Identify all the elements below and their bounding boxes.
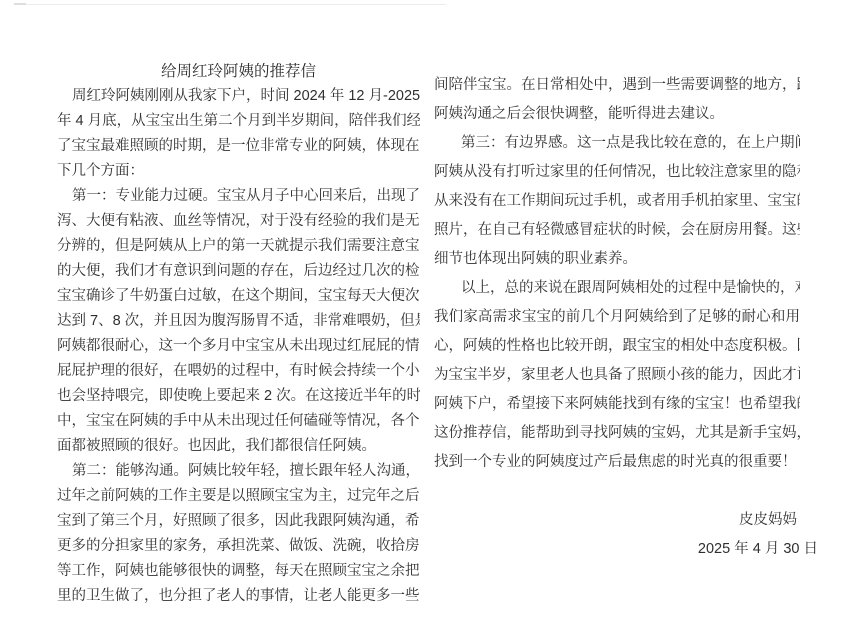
text-line: 我们家高需求宝宝的前几个月阿姨给到了足够的耐心和用 xyxy=(434,303,800,332)
text-line: 阿姨沟通之后会很快调整，能听得进去建议。 xyxy=(434,100,800,129)
text-line: 过年之前阿姨的工作主要是以照顾宝宝为主，过完年之后宝 xyxy=(57,484,420,509)
text-line: 找到一个专业的阿姨度过产后最焦虑的时光真的很重要！ xyxy=(434,448,800,477)
text-line: 周红玲阿姨刚刚从我家下户，时间 2024 年 12 月-2025 xyxy=(57,84,420,109)
text-line: 阿姨都很耐心，这一个多月中宝宝从未出现过红屁屁的情况， xyxy=(57,334,420,359)
document-page: 给周红玲阿姨的推荐信周红玲阿姨刚刚从我家下户，时间 2024 年 12 月-20… xyxy=(0,0,854,640)
text-line: 达到 7、8 次，并且因为腹泻肠胃不适，非常难喂奶，但是 xyxy=(57,309,420,334)
text-line: 的大便，我们才有意识到问题的存在，后边经过几次的检查， xyxy=(57,259,420,284)
text-line: 中，宝宝在阿姨的手中从未出现过任何磕碰等情况，各个方 xyxy=(57,409,420,434)
text-line: 年 4 月底，从宝宝出生第二个月到半岁期间，陪伴我们经历 xyxy=(57,109,420,134)
text-line: 面都被照顾的很好。也因此，我们都很信任阿姨。 xyxy=(57,434,420,459)
text-line: 阿姨下户，希望接下来阿姨能找到有缘的宝宝！也希望我的 xyxy=(434,390,800,419)
signature-name: 皮皮妈妈 xyxy=(434,506,818,535)
text-line: 宝到了第三个月，好照顾了很多，因此我跟阿姨沟通，希望 xyxy=(57,509,420,534)
text-line: 阿姨从没有打听过家里的任何情况，也比较注意家里的隐私， xyxy=(434,158,800,187)
text-line: 宝宝确诊了牛奶蛋白过敏，在这个期间，宝宝每天大便次数 xyxy=(57,284,420,309)
text-line: 了宝宝最难照顾的时期，是一位非常专业的阿姨，体现在以 xyxy=(57,134,420,159)
text-line: 为宝宝半岁，家里老人也具备了照顾小孩的能力，因此才让 xyxy=(434,361,800,390)
text-line: 等工作，阿姨也能够很快的调整，每天在照顾宝宝之余把家 xyxy=(57,559,420,584)
text-line: 分辨的，但是阿姨从上户的第一天就提示我们需要注意宝宝 xyxy=(57,234,420,259)
text-line: 从来没有在工作期间玩过手机，或者用手机拍家里、宝宝的 xyxy=(434,187,800,216)
text-line: 屁屁护理的很好，在喂奶的过程中，有时候会持续一个小时， xyxy=(57,359,420,384)
text-line: 也会坚持喂完，即使晚上要起来 2 次。在这接近半年的时间 xyxy=(57,384,420,409)
page-top-edge-tick xyxy=(14,3,26,5)
text-line: 更多的分担家里的家务，承担洗菜、做饭、洗碗，收拾房间 xyxy=(57,534,420,559)
left-column: 给周红玲阿姨的推荐信周红玲阿姨刚刚从我家下户，时间 2024 年 12 月-20… xyxy=(57,59,420,609)
text-line: 这份推荐信，能帮助到寻找阿姨的宝妈，尤其是新手宝妈， xyxy=(434,419,800,448)
right-column: 间陪伴宝宝。在日常相处中，遇到一些需要调整的地方，跟阿姨沟通之后会很快调整，能听… xyxy=(434,71,800,564)
text-line: 下几个方面： xyxy=(57,159,420,184)
document-title: 给周红玲阿姨的推荐信 xyxy=(57,59,420,84)
page-top-edge xyxy=(14,4,446,5)
text-line: 第二：能够沟通。阿姨比较年轻，擅长跟年轻人沟通，在 xyxy=(57,459,420,484)
text-line: 里的卫生做了，也分担了老人的事情，让老人能更多一些时 xyxy=(57,584,420,609)
text-line: 细节也体现出阿姨的职业素养。 xyxy=(434,245,800,274)
text-line: 泻、大便有粘液、血丝等情况，对于没有经验的我们是无法 xyxy=(57,209,420,234)
text-line: 第三：有边界感。这一点是我比较在意的，在上户期间， xyxy=(434,129,800,158)
text-line xyxy=(434,477,800,506)
text-line: 以上，总的来说在跟周阿姨相处的过程中是愉快的，对于 xyxy=(434,274,800,303)
text-line: 心，阿姨的性格也比较开朗，跟宝宝的相处中态度积极。因 xyxy=(434,332,800,361)
signature-date: 2025 年 4 月 30 日 xyxy=(434,535,818,564)
text-line: 间陪伴宝宝。在日常相处中，遇到一些需要调整的地方，跟 xyxy=(434,71,800,100)
text-line: 第一：专业能力过硬。宝宝从月子中心回来后，出现了腹 xyxy=(57,184,420,209)
text-line: 照片，在自己有轻微感冒症状的时候，会在厨房用餐。这些 xyxy=(434,216,800,245)
